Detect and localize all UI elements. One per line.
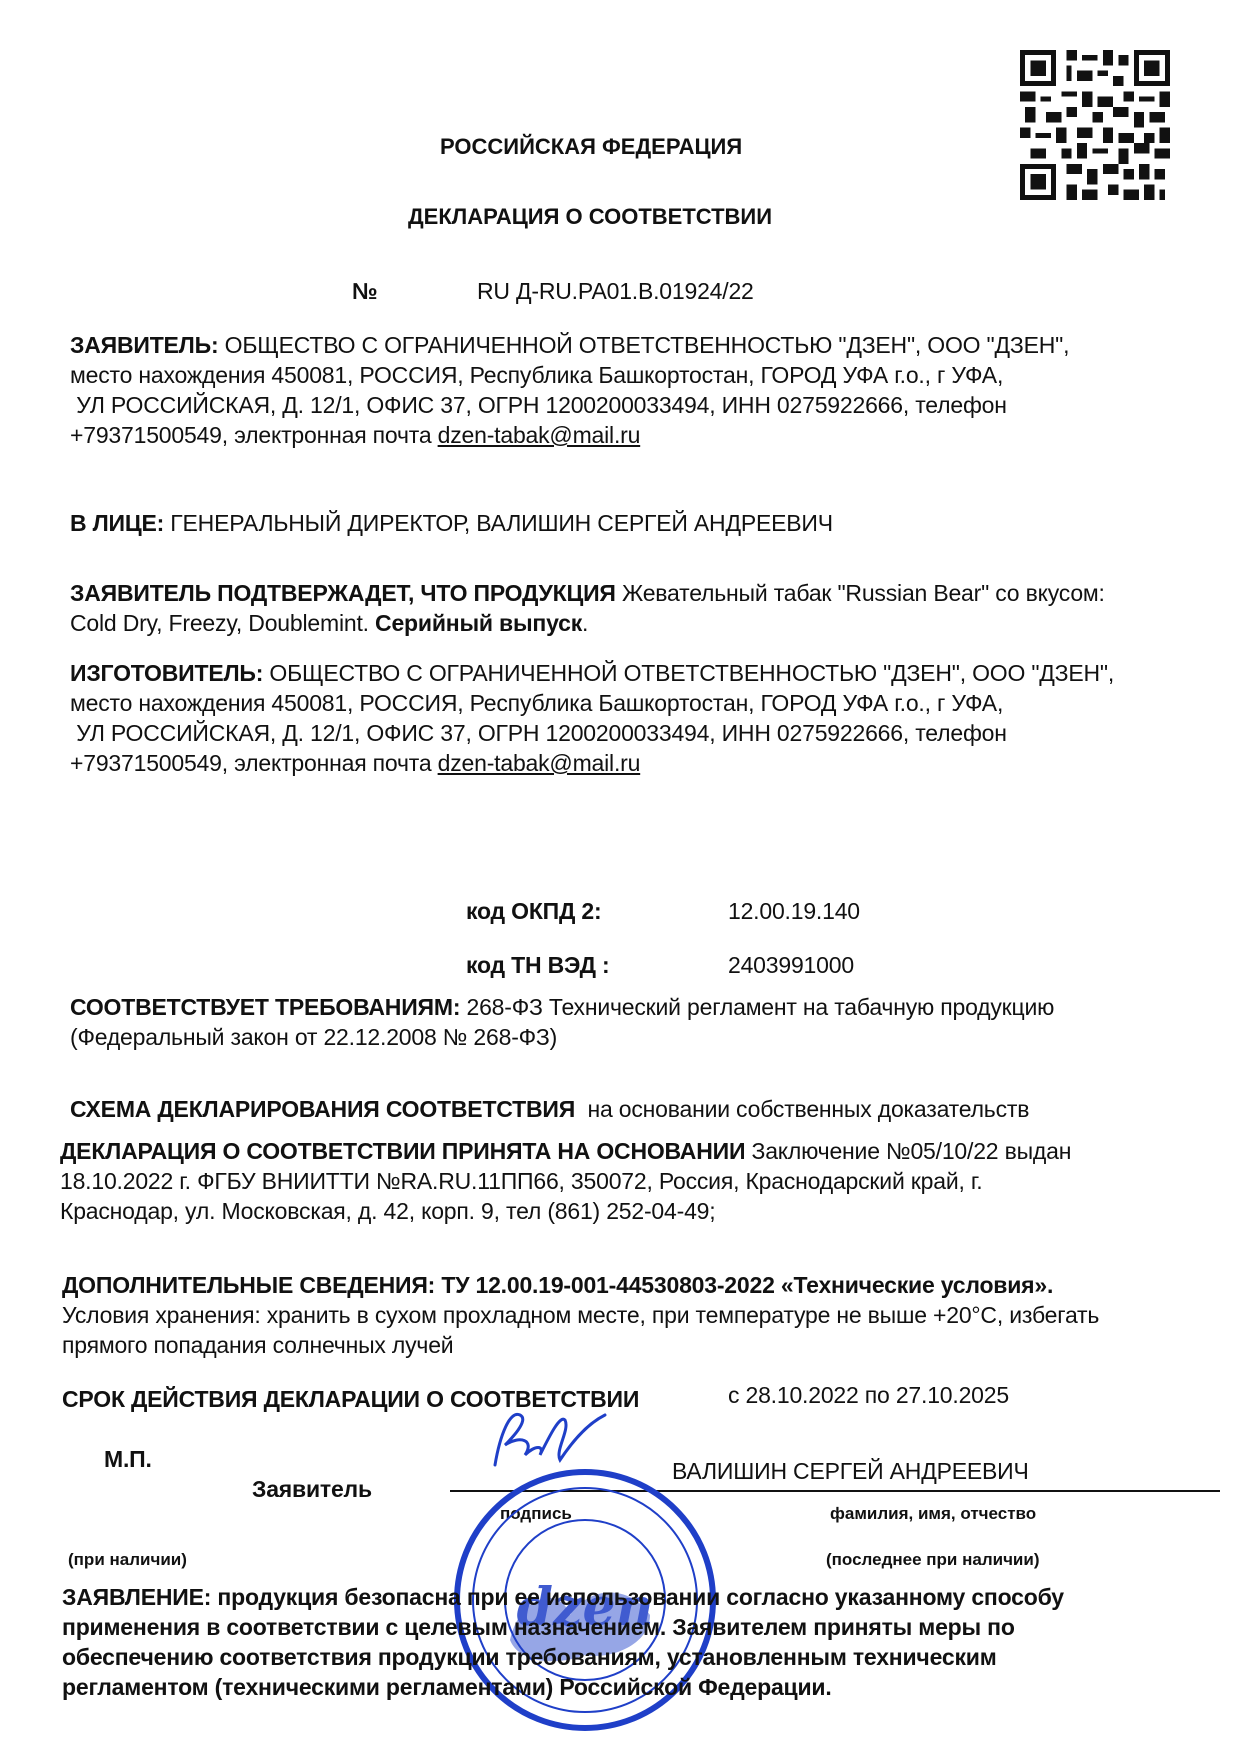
fio-caption: фамилия, имя, отчество [830,1504,1036,1524]
product-label: ЗАЯВИТЕЛЬ ПОДТВЕРЖАДЕТ, ЧТО ПРОДУКЦИЯ [70,580,616,606]
statement-section: ЗАЯВЛЕНИЕ: продукция безопасна при ее ис… [62,1582,1064,1702]
represented-by-label: В ЛИЦЕ: [70,510,164,536]
manufacturer-label: ИЗГОТОВИТЕЛЬ: [70,660,263,686]
additional-line1: Условия хранения: хранить в сухом прохла… [62,1300,1099,1330]
scheme-section: СХЕМА ДЕКЛАРИРОВАНИЯ СООТВЕТСТВИЯ на осн… [70,1094,1029,1124]
applicant-line4: +79371500549, электронная почта [70,422,438,448]
tnved-value: 2403991000 [728,950,854,980]
qr-code-icon [1020,50,1170,200]
serial-release: Серийный выпуск [375,610,582,636]
applicant-section: ЗАЯВИТЕЛЬ: ОБЩЕСТВО С ОГРАНИЧЕННОЙ ОТВЕТ… [70,330,1069,450]
okpd-value: 12.00.19.140 [728,896,860,926]
manufacturer-section: ИЗГОТОВИТЕЛЬ: ОБЩЕСТВО С ОГРАНИЧЕННОЙ ОТ… [70,658,1114,778]
statement-line2: применения в соответствии с целевым назн… [62,1612,1064,1642]
statement-line3: обеспечению соответствия продукции требо… [62,1642,1064,1672]
basis-line1: Заключение №05/10/22 выдан [752,1138,1072,1164]
requirements-line2: (Федеральный закон от 22.12.2008 № 268-Ф… [70,1022,1054,1052]
manufacturer-line4: +79371500549, электронная почта [70,750,438,776]
tnved-label: код ТН ВЭД : [466,950,609,980]
basis-line2: 18.10.2022 г. ФГБУ ВНИИТТИ №RA.RU.11ПП66… [60,1166,1071,1196]
if-any-caption: (при наличии) [68,1550,187,1570]
applicant-line1: ОБЩЕСТВО С ОГРАНИЧЕННОЙ ОТВЕТСТВЕННОСТЬЮ… [225,332,1070,358]
requirements-label: СООТВЕТСТВУЕТ ТРЕБОВАНИЯМ: [70,994,460,1020]
manufacturer-line2: место нахождения 450081, РОССИЯ, Республ… [70,688,1114,718]
manufacturer-line1: ОБЩЕСТВО С ОГРАНИЧЕННОЙ ОТВЕТСТВЕННОСТЬЮ… [269,660,1114,686]
basis-label: ДЕКЛАРАЦИЯ О СООТВЕТСТВИИ ПРИНЯТА НА ОСН… [60,1138,745,1164]
statement-label: ЗАЯВЛЕНИЕ: [62,1584,211,1610]
applicant-email-link[interactable]: dzen-tabak@mail.ru [438,422,641,448]
additional-label: ДОПОЛНИТЕЛЬНЫЕ СВЕДЕНИЯ: [62,1272,435,1298]
country-heading: РОССИЙСКАЯ ФЕДЕРАЦИЯ [440,134,742,160]
applicant-line2: место нахождения 450081, РОССИЯ, Республ… [70,360,1069,390]
basis-section: ДЕКЛАРАЦИЯ О СООТВЕТСТВИИ ПРИНЯТА НА ОСН… [60,1136,1071,1226]
declaration-number: RU Д-RU.РА01.В.01924/22 [477,276,754,306]
requirements-line1: 268-ФЗ Технический регламент на табачную… [467,994,1055,1020]
number-label: № [352,276,377,306]
scheme-label: СХЕМА ДЕКЛАРИРОВАНИЯ СООТВЕТСТВИЯ [70,1096,575,1122]
additional-section: ДОПОЛНИТЕЛЬНЫЕ СВЕДЕНИЯ: ТУ 12.00.19-001… [62,1270,1099,1360]
additional-line2: прямого попадания солнечных лучей [62,1330,1099,1360]
applicant-sign-label: Заявитель [252,1474,372,1504]
statement-line4: регламентом (техническими регламентами) … [62,1672,1064,1702]
mp-label: М.П. [104,1444,152,1474]
handwritten-signature-icon [480,1405,610,1475]
validity-value: с 28.10.2022 по 27.10.2025 [728,1380,1009,1410]
represented-by-value: ГЕНЕРАЛЬНЫЙ ДИРЕКТОР, ВАЛИШИН СЕРГЕЙ АНД… [170,510,833,536]
product-line1: Жевательный табак "Russian Bear" со вкус… [622,580,1105,606]
requirements-section: СООТВЕТСТВУЕТ ТРЕБОВАНИЯМ: 268-ФЗ Технич… [70,992,1054,1052]
applicant-label: ЗАЯВИТЕЛЬ: [70,332,218,358]
okpd-label: код ОКПД 2: [466,896,601,926]
scheme-value: на основании собственных доказательств [587,1096,1029,1122]
additional-tu: ТУ 12.00.19-001-44530803-2022 «Техническ… [441,1272,1053,1298]
basis-line3: Краснодар, ул. Московская, д. 42, корп. … [60,1196,1071,1226]
manufacturer-email-link[interactable]: dzen-tabak@mail.ru [438,750,641,776]
product-line2: Cold Dry, Freezy, Doublemint. [70,610,369,636]
represented-by: В ЛИЦЕ: ГЕНЕРАЛЬНЫЙ ДИРЕКТОР, ВАЛИШИН СЕ… [70,508,833,538]
signer-name: ВАЛИШИН СЕРГЕЙ АНДРЕЕВИЧ [672,1456,1029,1486]
document-title: ДЕКЛАРАЦИЯ О СООТВЕТСТВИИ [408,204,772,230]
last-if-any-caption: (последнее при наличии) [826,1550,1040,1570]
applicant-line3: УЛ РОССИЙСКАЯ, Д. 12/1, ОФИС 37, ОГРН 12… [70,390,1069,420]
manufacturer-line3: УЛ РОССИЙСКАЯ, Д. 12/1, ОФИС 37, ОГРН 12… [70,718,1114,748]
statement-line1: продукция безопасна при ее использовании… [217,1584,1063,1610]
product-section: ЗАЯВИТЕЛЬ ПОДТВЕРЖАДЕТ, ЧТО ПРОДУКЦИЯ Же… [70,578,1105,638]
